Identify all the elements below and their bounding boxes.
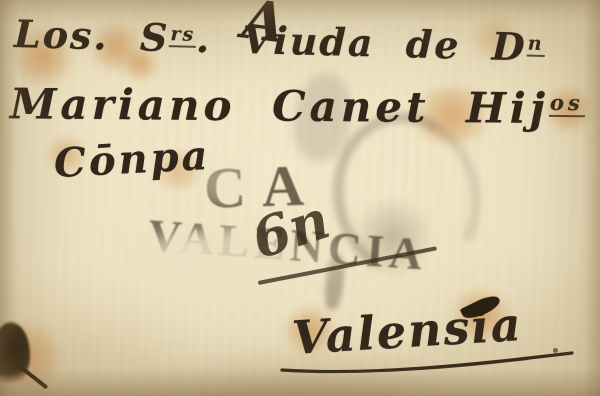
letter-cover-photo: CA VALENCIA 6n A Los. Srs. Viuda de Dn M… (0, 0, 600, 396)
ink-speck (553, 348, 558, 353)
address-line-2: Mariano Canet Hijos y (10, 83, 600, 131)
address-line-1-start: Los. S (14, 11, 170, 60)
address-line-1-superscript-2: n (526, 32, 544, 56)
address-line-2-end: y (585, 84, 600, 134)
address-line-1-mid: . Viuda de D (196, 16, 528, 70)
destination-underline-flourish (278, 340, 578, 380)
address-line-2-superscript: os (549, 90, 585, 117)
address-line-1-superscript: rs (169, 23, 196, 48)
address-line-2-start: Mariano Canet Hij (10, 79, 549, 133)
underline-flourish-svg (278, 340, 578, 376)
address-line-3: Cōnpa (53, 136, 211, 184)
